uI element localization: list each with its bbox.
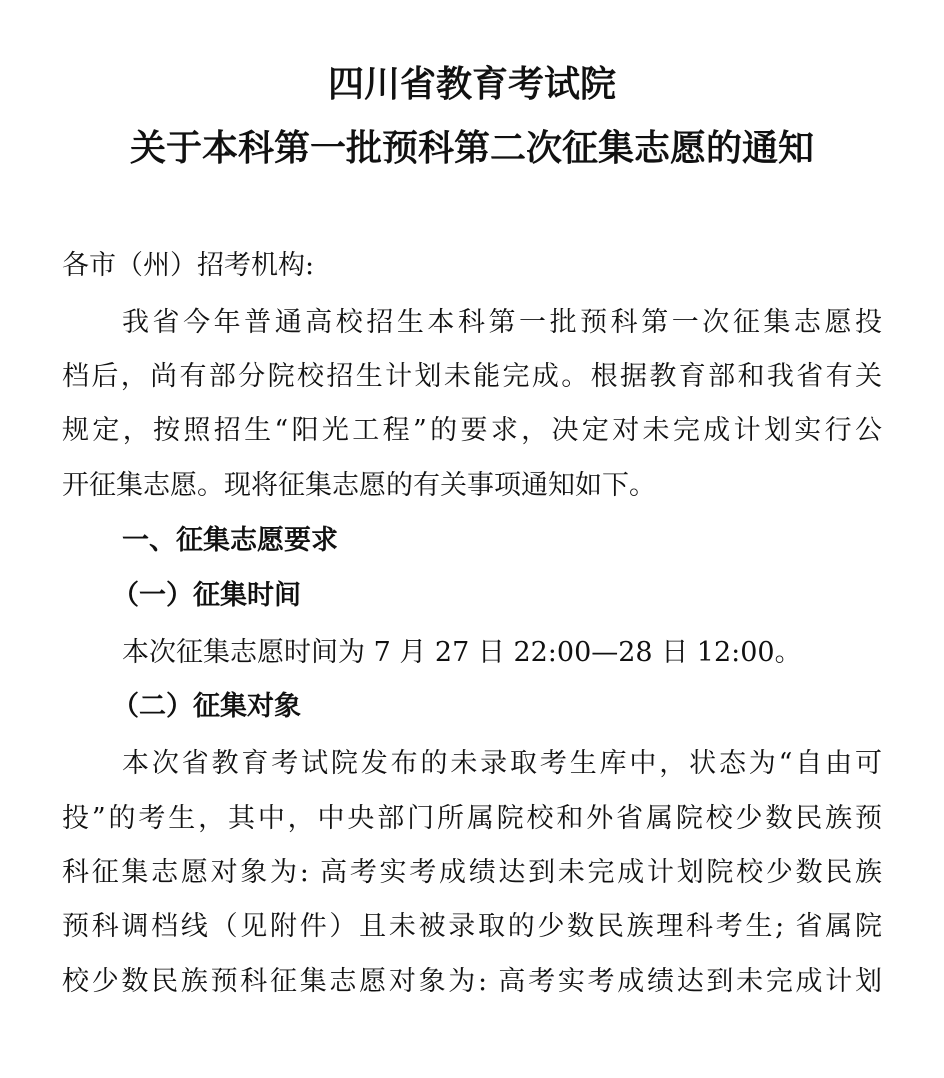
intro-paragraph-line-2: 档后，尚有部分院校招生计划未能完成。根据教育部和我省有关 [62, 357, 882, 397]
collection-time-text: 本次征集志愿时间为 7 月 27 日 22:00—28 日 12:00。 [122, 633, 882, 673]
subsection-heading-time: （一）征集时间 [112, 576, 301, 616]
intro-paragraph-line-3: 规定，按照招生“阳光工程”的要求，决定对未完成计划实行公 [62, 411, 882, 451]
intro-paragraph-line-1: 我省今年普通高校招生本科第一批预科第一次征集志愿投 [122, 303, 882, 343]
targets-paragraph-line-1: 本次省教育考试院发布的未录取考生库中，状态为“自由可 [122, 744, 882, 784]
targets-paragraph-line-3: 科征集志愿对象为: 高考实考成绩达到未完成计划院校少数民族 [62, 853, 882, 893]
document-title-issuer: 四川省教育考试院 [0, 62, 944, 106]
intro-paragraph-line-4: 开征集志愿。现将征集志愿的有关事项通知如下。 [62, 466, 882, 506]
section-heading-requirements: 一、征集志愿要求 [122, 521, 338, 561]
targets-paragraph-line-2: 投”的考生，其中，中央部门所属院校和外省属院校少数民族预 [62, 799, 882, 839]
targets-paragraph-line-5: 校少数民族预科征集志愿对象为: 高考实考成绩达到未完成计划 [62, 962, 882, 1002]
targets-paragraph-line-4: 预科调档线（见附件）且未被录取的少数民族理科考生; 省属院 [62, 907, 882, 947]
salutation: 各市（州）招考机构: [62, 246, 882, 286]
subsection-heading-targets: （二）征集对象 [112, 687, 301, 727]
document-title-subject: 关于本科第一批预科第二次征集志愿的通知 [0, 126, 944, 170]
